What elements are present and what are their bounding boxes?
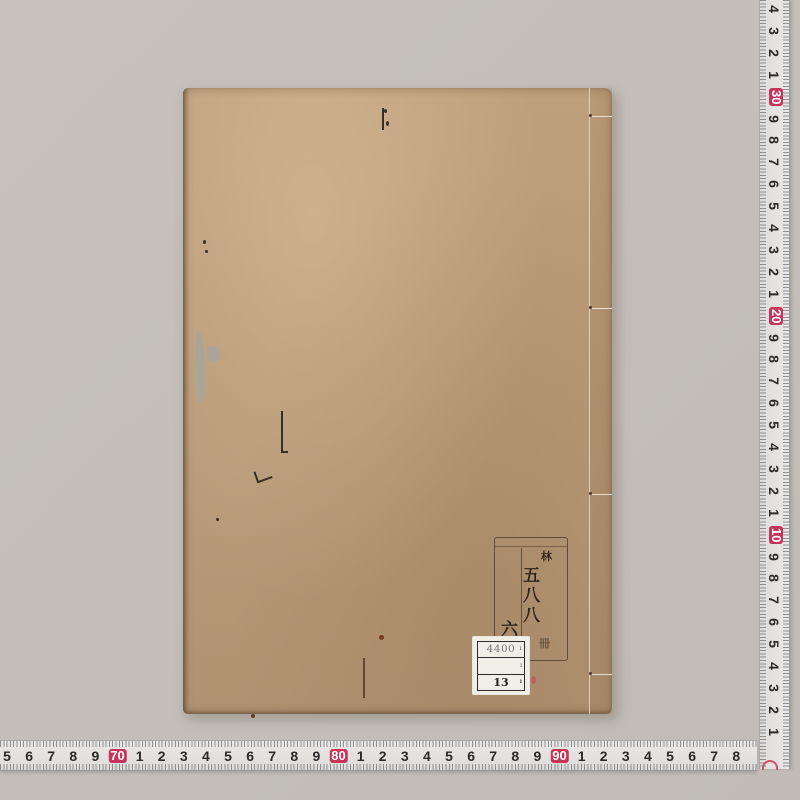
ruler-label: 7 xyxy=(767,593,781,607)
ruler-label: 9 xyxy=(767,331,781,345)
ruler-label: 9 xyxy=(533,749,541,763)
worm-damage xyxy=(207,346,221,362)
ruler-label: 5 xyxy=(767,199,781,213)
ruler-label: 4 xyxy=(202,749,210,763)
ruler-label: 1 xyxy=(136,749,144,763)
ruler-label: 5 xyxy=(666,749,674,763)
ruler-label: 1 xyxy=(767,287,781,301)
ruler-label: 90 xyxy=(550,749,568,763)
stain xyxy=(205,250,208,253)
ruler-label: 3 xyxy=(401,749,409,763)
stamp-char: 五 xyxy=(523,568,540,585)
ruler-label: 9 xyxy=(91,749,99,763)
ruler-label: 4 xyxy=(767,440,781,454)
ruler-label: 7 xyxy=(767,155,781,169)
ruler-label: 8 xyxy=(732,749,740,763)
ruler-label: 70 xyxy=(108,749,126,763)
stain xyxy=(379,635,384,640)
ink-mark xyxy=(253,467,272,484)
label-row-volume: 13 ı xyxy=(478,675,524,690)
ruler-label: 2 xyxy=(767,46,781,60)
ruler-label: 7 xyxy=(489,749,497,763)
ruler-label: 5 xyxy=(767,637,781,651)
stain xyxy=(216,518,219,521)
ruler-label: 3 xyxy=(180,749,188,763)
ruler-label: 20 xyxy=(769,307,783,325)
stamp-char: 八 xyxy=(523,588,540,605)
vertical-ruler: 4321309876543212098765432110987654321 xyxy=(759,0,790,769)
stitch-hole xyxy=(589,492,592,495)
tick-mark: ı xyxy=(520,658,522,673)
binding-thread xyxy=(590,116,612,117)
ink-mark xyxy=(363,658,367,698)
ink-mark xyxy=(281,411,288,453)
stamp-char-small: 林 xyxy=(541,551,552,562)
ruler-label: 2 xyxy=(158,749,166,763)
catalog-label: 4400 ı ı 13 ı xyxy=(473,637,529,694)
stain xyxy=(203,240,206,244)
catalog-label-table: 4400 ı ı 13 ı xyxy=(477,641,525,691)
volume-number: 13 xyxy=(493,676,508,689)
stamp-char-faded: 冊 xyxy=(539,638,550,649)
ruler-label: 10 xyxy=(769,526,783,544)
ruler-label: 7 xyxy=(268,749,276,763)
ruler-label: 4 xyxy=(767,221,781,235)
ruler-label: 2 xyxy=(600,749,608,763)
ruler-label: 4 xyxy=(423,749,431,763)
ruler-label: 6 xyxy=(467,749,475,763)
binding-thread xyxy=(590,308,612,309)
red-seal-mark xyxy=(531,676,536,684)
ruler-label: 2 xyxy=(379,749,387,763)
ruler-label: 3 xyxy=(622,749,630,763)
ruler-label: 9 xyxy=(767,550,781,564)
ruler-ticks xyxy=(0,741,757,747)
ruler-label: 6 xyxy=(767,396,781,410)
ruler-label: 1 xyxy=(767,506,781,520)
ruler-label: 9 xyxy=(767,112,781,126)
ruler-label: 6 xyxy=(246,749,254,763)
horizontal-ruler: 5678970123456789801234567899012345678 xyxy=(0,740,757,771)
ruler-label: 3 xyxy=(767,243,781,257)
ruler-label: 4 xyxy=(767,659,781,673)
stitch-hole xyxy=(589,672,592,675)
ruler-label: 1 xyxy=(357,749,365,763)
ruler-label: 30 xyxy=(769,88,783,106)
ruler-label: 5 xyxy=(445,749,453,763)
worm-damage xyxy=(195,332,205,402)
ruler-label: 8 xyxy=(290,749,298,763)
ruler-label: 2 xyxy=(767,265,781,279)
ruler-label: 2 xyxy=(767,484,781,498)
ruler-label: 4 xyxy=(767,2,781,16)
ruler-label: 3 xyxy=(767,24,781,38)
stitch-hole xyxy=(589,114,592,117)
ruler-label: 7 xyxy=(710,749,718,763)
ruler-ticks xyxy=(0,764,757,770)
stamp-char: 八 xyxy=(523,608,540,625)
ruler-label: 1 xyxy=(767,725,781,739)
ruler-label: 8 xyxy=(767,133,781,147)
ruler-label: 6 xyxy=(767,177,781,191)
binding-thread xyxy=(590,674,612,675)
ruler-label: 5 xyxy=(224,749,232,763)
ruler-label: 6 xyxy=(688,749,696,763)
ruler-ticks xyxy=(783,0,789,769)
stitch-hole xyxy=(589,306,592,309)
ruler-label: 6 xyxy=(767,615,781,629)
ruler-label: 3 xyxy=(767,681,781,695)
stain xyxy=(386,121,389,126)
ruler-label: 7 xyxy=(47,749,55,763)
binding-strip xyxy=(589,88,612,714)
ruler-label: 1 xyxy=(767,68,781,82)
ruler-label: 3 xyxy=(767,462,781,476)
call-number: 4400 xyxy=(487,643,516,655)
ruler-label: 7 xyxy=(767,374,781,388)
ruler-label: 8 xyxy=(511,749,519,763)
tick-mark: ı xyxy=(520,674,522,689)
ruler-zero-mark xyxy=(762,760,778,770)
ruler-label: 9 xyxy=(312,749,320,763)
ruler-label: 8 xyxy=(69,749,77,763)
ruler-label: 1 xyxy=(578,749,586,763)
book-left-edge xyxy=(183,88,189,714)
ruler-label: 6 xyxy=(25,749,33,763)
binding-thread xyxy=(590,494,612,495)
stamp-header xyxy=(495,538,567,547)
tick-mark: ı xyxy=(520,641,522,656)
label-row-call-number: 4400 ı xyxy=(478,642,524,658)
ruler-label: 4 xyxy=(644,749,652,763)
ruler-label: 8 xyxy=(767,571,781,585)
label-row-empty: ı xyxy=(478,658,524,674)
ruler-label: 5 xyxy=(3,749,11,763)
ruler-label: 8 xyxy=(767,352,781,366)
ruler-label: 5 xyxy=(767,418,781,432)
ink-mark xyxy=(382,108,385,130)
ruler-label: 2 xyxy=(767,703,781,717)
stain xyxy=(251,714,255,718)
ruler-label: 80 xyxy=(329,749,347,763)
